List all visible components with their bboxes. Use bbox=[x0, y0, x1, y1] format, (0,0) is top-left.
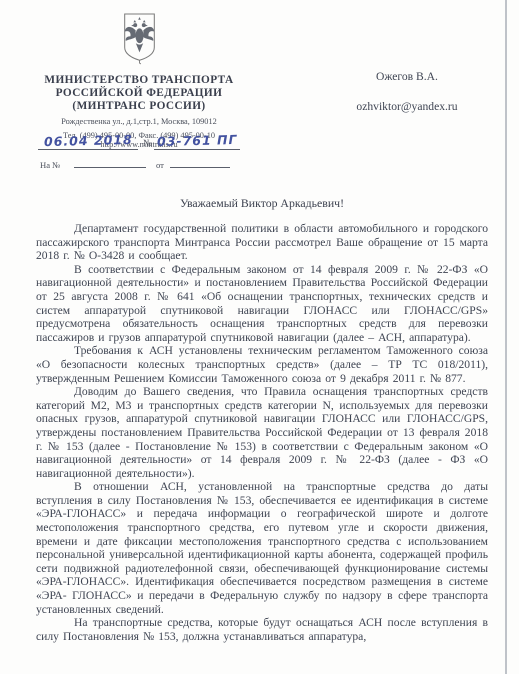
org-name-line2: РОССИЙСКОЙ ФЕДЕРАЦИИ bbox=[18, 87, 260, 100]
coat-of-arms-icon bbox=[121, 12, 158, 71]
body-paragraph: Департамент государственной политики в о… bbox=[36, 222, 488, 263]
reference-block: 06.04 2018 № 03-761 ПГ На № от bbox=[38, 130, 253, 172]
reply-to-label: На № bbox=[40, 160, 60, 170]
outgoing-number-field: 03-761 ПГ bbox=[154, 133, 240, 150]
handwritten-number: 03-761 ПГ bbox=[157, 132, 238, 149]
number-sign-label: № bbox=[143, 139, 152, 149]
body-paragraph: Требования к АСН установлены техническим… bbox=[36, 344, 488, 385]
body-paragraph: В отношении АСН, установленной на трансп… bbox=[36, 480, 488, 616]
outgoing-date-field: 06.04 2018 bbox=[38, 133, 138, 150]
letter-body: Уважаемый Виктор Аркадьевич! Департамент… bbox=[36, 196, 488, 643]
body-paragraph: На транспортные средства, которые будут … bbox=[36, 616, 488, 643]
recipient-block: Ожегов В.А. ozhviktor@yandex.ru bbox=[336, 70, 478, 113]
body-paragraph: Доводим до Вашего сведения, что Правила … bbox=[36, 385, 488, 480]
scan-edge-artifact bbox=[505, 0, 507, 674]
handwritten-date: 06.04 2018 bbox=[43, 132, 132, 149]
org-address: Рождественка ул., д.1,стр.1, Москва, 109… bbox=[18, 117, 260, 127]
org-name-line1: МИНИСТЕРСТВО ТРАНСПОРТА bbox=[18, 74, 260, 87]
reply-from-label: от bbox=[156, 160, 164, 170]
body-paragraph: В соответствии с Федеральным законом от … bbox=[36, 263, 488, 345]
reference-row-date-number: 06.04 2018 № 03-761 ПГ bbox=[38, 130, 253, 152]
recipient-email: ozhviktor@yandex.ru bbox=[336, 100, 478, 113]
org-name-line3: (МИНТРАНС РОССИИ) bbox=[18, 100, 260, 113]
reply-number-blank-line bbox=[74, 167, 146, 168]
reference-row-reply: На № от bbox=[38, 156, 253, 172]
reply-date-blank-line bbox=[170, 167, 230, 168]
salutation: Уважаемый Виктор Аркадьевич! bbox=[36, 196, 488, 211]
scanned-letter-page: МИНИСТЕРСТВО ТРАНСПОРТА РОССИЙСКОЙ ФЕДЕР… bbox=[0, 0, 519, 674]
recipient-name: Ожегов В.А. bbox=[336, 70, 478, 83]
